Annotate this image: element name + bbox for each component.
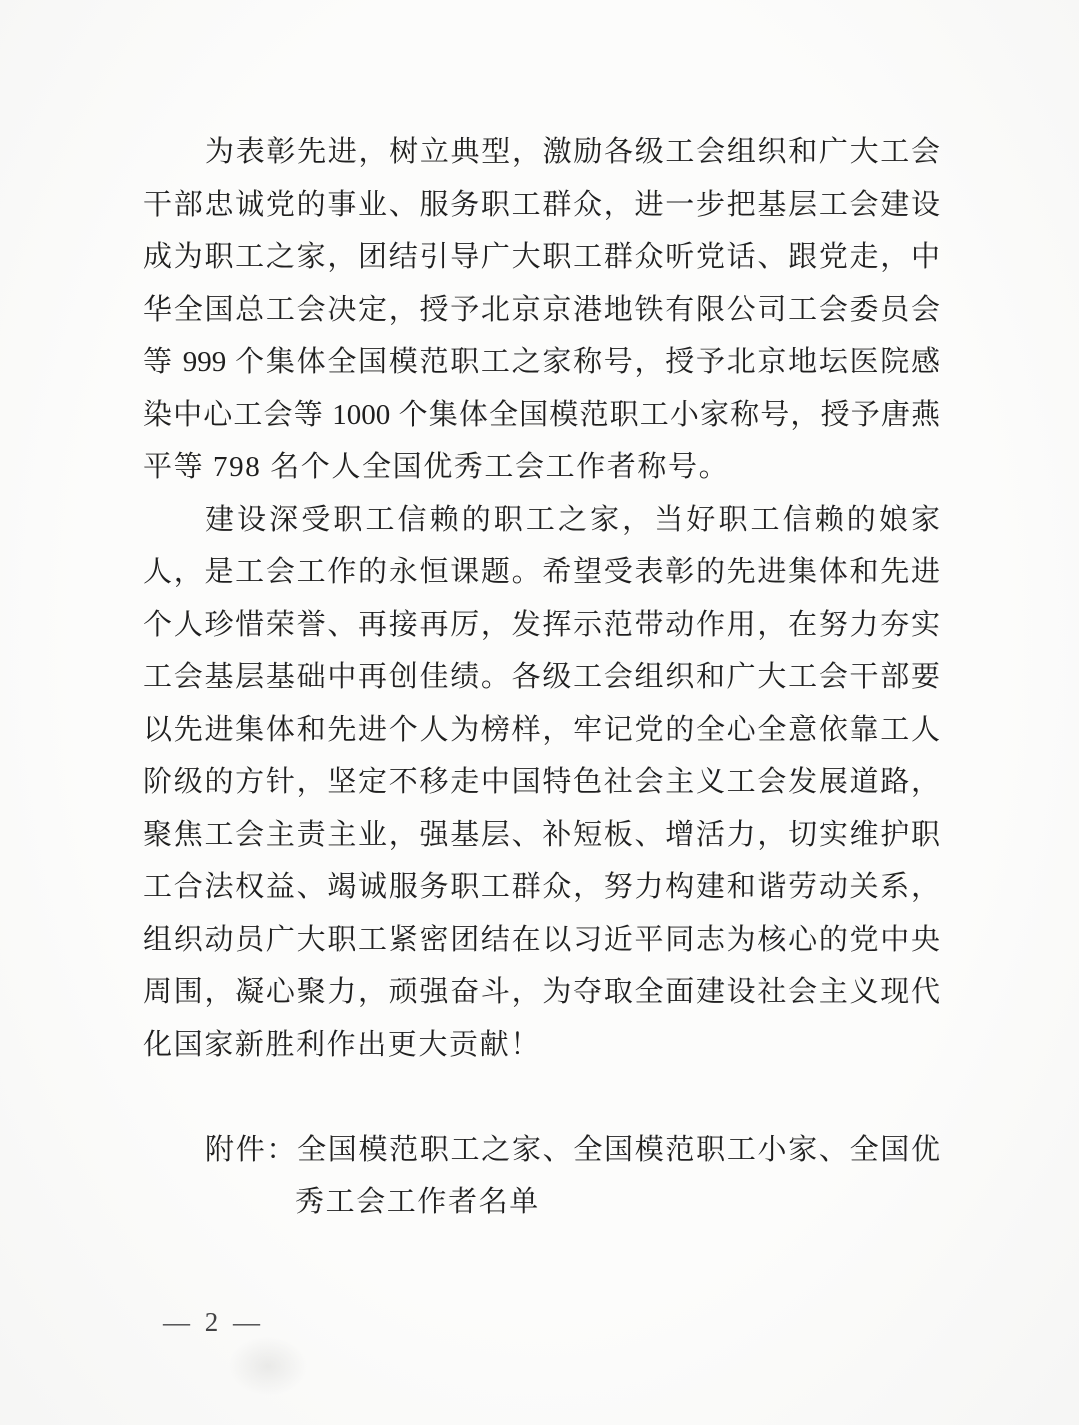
paragraph-1-line: 染中心工会等 1000 个集体全国模范职工小家称号，授予唐燕 [143, 389, 940, 442]
scanned-document-page: 为表彰先进，树立典型，激励各级工会组织和广大工会 干部忠诚党的事业、服务职工群众… [0, 0, 1079, 1425]
document-body: 为表彰先进，树立典型，激励各级工会组织和广大工会 干部忠诚党的事业、服务职工群众… [143, 126, 940, 1229]
paragraph-2-line: 以先进集体和先进个人为榜样，牢记党的全心全意依靠工人 [143, 704, 940, 757]
paragraph-2-line: 周围，凝心聚力，顽强奋斗，为夺取全面建设社会主义现代 [143, 966, 940, 1019]
paragraph-2-line: 人，是工会工作的永恒课题。希望受表彰的先进集体和先进 [143, 546, 940, 599]
paragraph-2-line: 工合法权益、竭诚服务职工群众，努力构建和谐劳动关系， [143, 861, 940, 914]
paragraph-2-line: 阶级的方针，坚定不移走中国特色社会主义工会发展道路， [143, 756, 940, 809]
paragraph-1-line: 干部忠诚党的事业、服务职工群众，进一步把基层工会建设 [143, 179, 940, 232]
paragraph-1-line: 华全国总工会决定，授予北京京港地铁有限公司工会委员会 [143, 284, 940, 337]
paragraph-2-line: 个人珍惜荣誉、再接再厉，发挥示范带动作用，在努力夯实 [143, 599, 940, 652]
paragraph-1-line: 等 999 个集体全国模范职工之家称号，授予北京地坛医院感 [143, 336, 940, 389]
paragraph-2-line: 组织动员广大职工紧密团结在以习近平同志为核心的党中央 [143, 914, 940, 967]
paragraph-2-line: 聚焦工会主责主业，强基层、补短板、增活力，切实维护职 [143, 809, 940, 862]
paragraph-1-line: 成为职工之家，团结引导广大职工群众听党话、跟党走，中 [143, 231, 940, 284]
attachment-note-line: 秀工会工作者名单 [143, 1176, 940, 1229]
page-number: — 2 — [163, 1298, 264, 1346]
attachment-note-line: 附件：全国模范职工之家、全国模范职工小家、全国优 [143, 1124, 940, 1177]
paragraph-2-line: 工会基层基础中再创佳绩。各级工会组织和广大工会干部要 [143, 651, 940, 704]
paragraph-1-line: 平等 798 名个人全国优秀工会工作者称号。 [143, 441, 940, 494]
paragraph-2-line: 化国家新胜利作出更大贡献！ [143, 1019, 940, 1072]
blank-line [143, 1071, 940, 1124]
paragraph-1-line: 为表彰先进，树立典型，激励各级工会组织和广大工会 [143, 126, 940, 179]
paragraph-2-line: 建设深受职工信赖的职工之家，当好职工信赖的娘家 [143, 494, 940, 547]
